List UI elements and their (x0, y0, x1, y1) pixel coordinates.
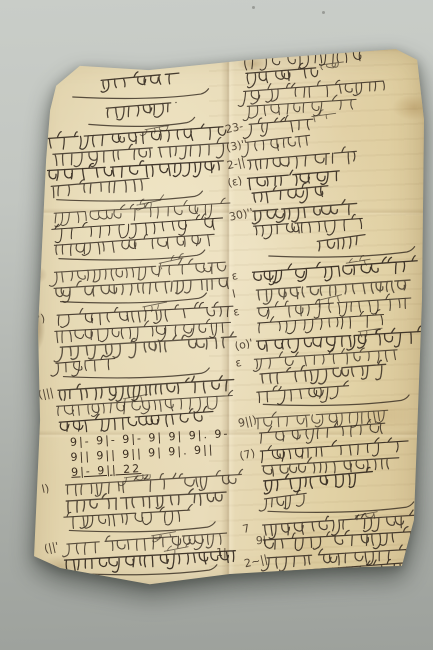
photograph-of-manuscript: ε)·)·)°)(|||9|- 9|- 9|- 9| 9| 9|. 9-9|| … (0, 0, 433, 650)
manuscript-page: ε)·)·)°)(|||9|- 9|- 9|- 9| 9| 9|. 9-9|| … (24, 48, 426, 588)
interlinear-note (142, 302, 166, 312)
manuscript-entry: (ε) (247, 166, 426, 204)
interlinear-note (124, 472, 148, 482)
entry-mark: l) (40, 482, 50, 496)
entry-mark: (7) (238, 447, 256, 463)
interlinear-note (137, 200, 161, 210)
interlinear-note (159, 258, 183, 268)
interlinear-note (152, 530, 176, 540)
interlinear-note (164, 546, 188, 556)
manuscript-entry: ·) (51, 202, 241, 265)
gutter-tick: 1| (216, 546, 227, 559)
manuscript-entry: ε (255, 347, 433, 385)
entry-mark: (w) (244, 586, 264, 602)
manuscript-entry (242, 46, 421, 84)
manuscript-entry: ε) (48, 127, 239, 206)
entry-mark: (||' (43, 540, 60, 556)
interlinear-note (318, 295, 342, 305)
entry-mark: 9||) (237, 413, 258, 430)
manuscript-entry: 2~|| (264, 546, 433, 584)
left-text-column: ε)·)·)°)(|||9|- 9|- 9|- 9| 9| 9|. 9-9|| … (46, 71, 253, 583)
interlinear-note (311, 111, 335, 121)
entry-mark: 2-|| (226, 156, 247, 173)
manuscript-entry: (|||9|- 9|- 9|- 9| 9| 9|. 9-9|| 9|| 9|| … (58, 379, 249, 478)
manuscript-entry: °) (55, 304, 246, 383)
entry-mark: °) (34, 312, 46, 327)
manuscript-entry: (w) (265, 579, 433, 617)
interlinear-note (355, 510, 379, 520)
entry-mark: (ε) (226, 174, 243, 190)
manuscript-entry: 9||) (258, 406, 433, 444)
handwritten-line (270, 594, 433, 617)
entry-mark: 23- (224, 120, 244, 137)
manuscript-entry: l) (61, 473, 251, 536)
interlinear-note (123, 393, 147, 403)
manuscript-entry: ·) (53, 261, 242, 308)
right-text-column: 23-(3)''2-||(ε)30)''εlε(o)'ε9||)(7)72~||… (242, 46, 433, 619)
paper-shadow-wrap: ε)·)·)°)(|||9|- 9|- 9|- 9| 9| 9|. 9-9|| … (0, 0, 433, 650)
manuscript-entry: (7) (259, 439, 433, 492)
handwritten-line (264, 579, 433, 602)
interlinear-note (358, 326, 382, 336)
interlinear-note (145, 124, 169, 134)
manuscript-entry: 30)'' (249, 199, 428, 237)
entry-mark: ·) (32, 269, 42, 283)
entry-mark: (o)' (233, 336, 254, 353)
interlinear-note (319, 60, 343, 70)
manuscript-entry: 7 (262, 513, 433, 551)
interlinear-note (346, 258, 370, 268)
manuscript-entry: ε (253, 296, 432, 334)
handwritten-line (317, 235, 366, 252)
entry-mark: (||| (37, 386, 55, 402)
entry-mark: ε) (27, 135, 40, 150)
entry-mark: ·) (30, 210, 40, 224)
